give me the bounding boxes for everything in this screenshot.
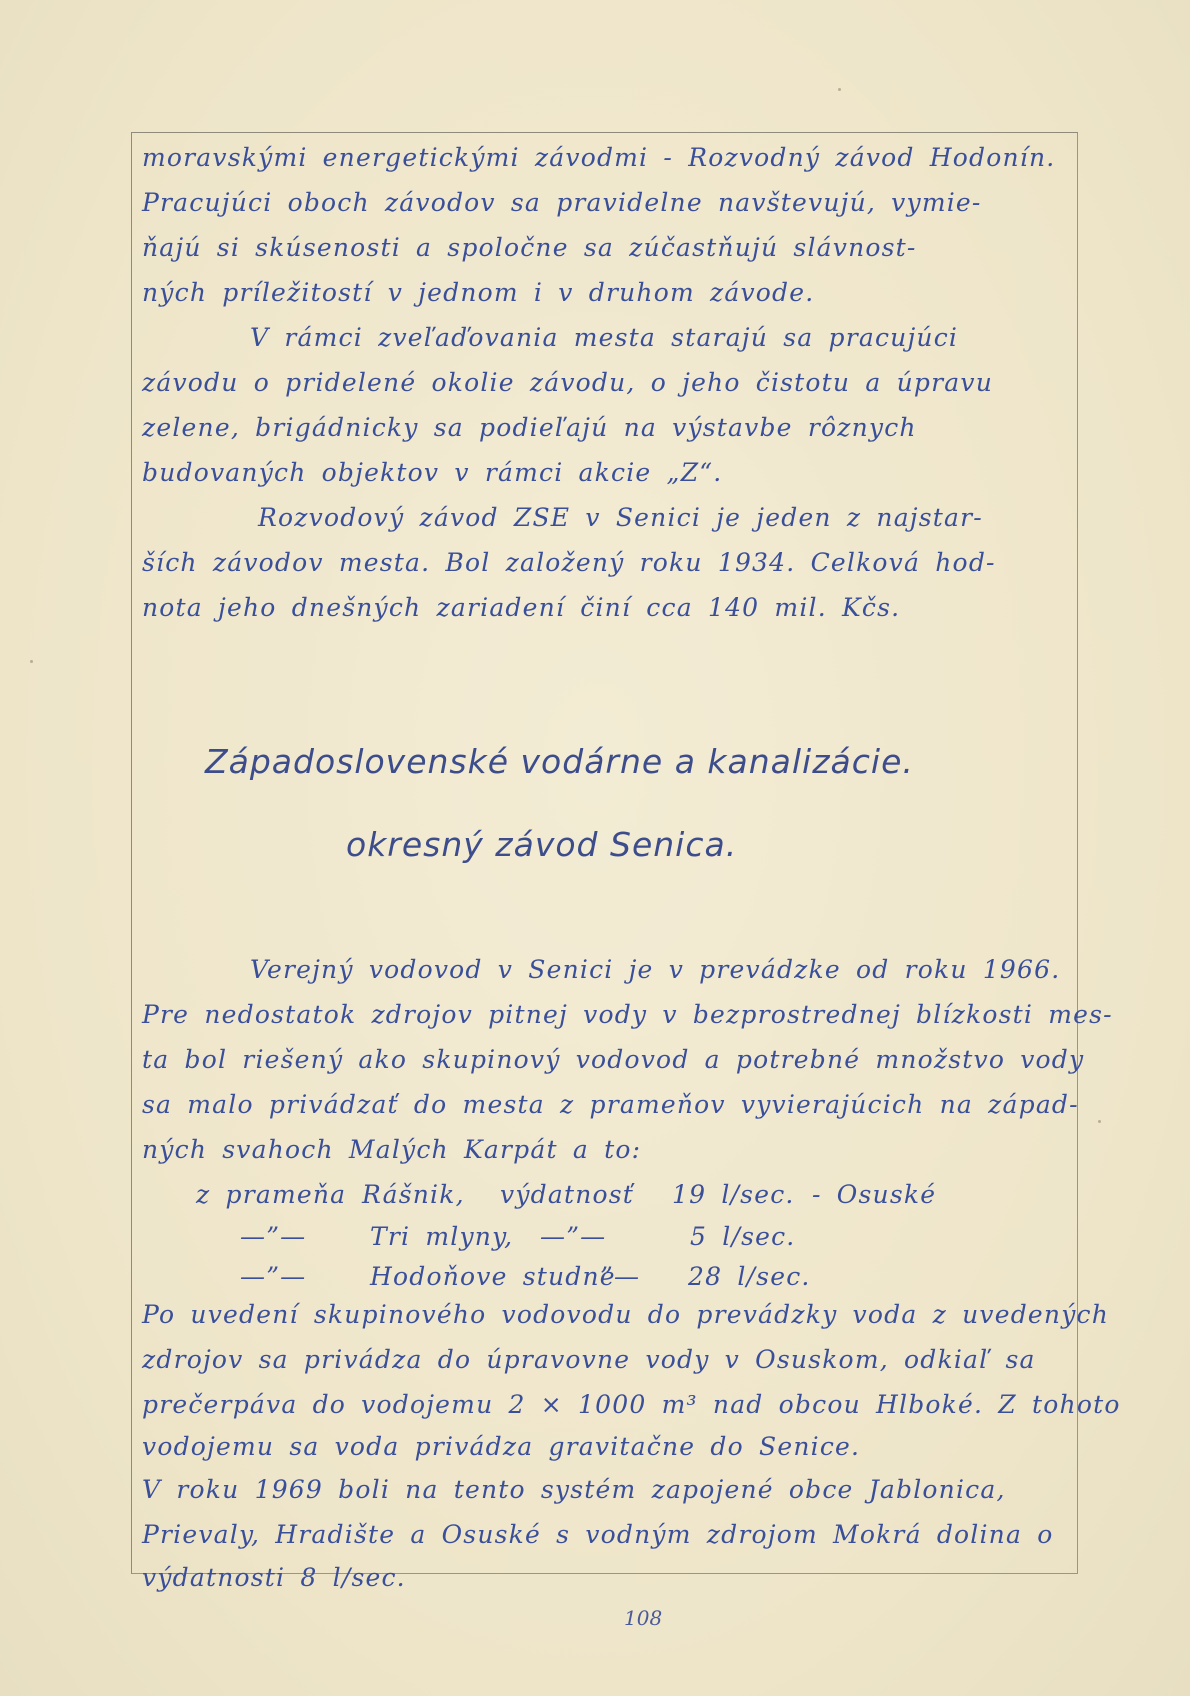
- text-line: ších závodov mesta. Bol založený roku 19…: [142, 548, 996, 577]
- text-line: V roku 1969 boli na tento systém zapojen…: [142, 1475, 1006, 1504]
- text-line: zdrojov sa privádza do úpravovne vody v …: [142, 1345, 1036, 1374]
- text-line: nota jeho dnešných zariadení činí cca 14…: [142, 593, 900, 622]
- text-line: Verejný vodovod v Senici je v prevádzke …: [250, 955, 1060, 984]
- source-name: Tri mlyny,: [370, 1222, 513, 1251]
- source-name: Hodoňove studne: [370, 1262, 616, 1291]
- text-line: výdatnosti 8 l/sec.: [142, 1563, 406, 1592]
- source-yield: 28 l/sec.: [688, 1262, 811, 1291]
- paper-speck: [30, 660, 33, 663]
- text-line: moravskými energetickými závodmi - Rozvo…: [142, 143, 1055, 172]
- text-line: sa malo privádzať do mesta z prameňov vy…: [142, 1090, 1079, 1119]
- source-yield: 19 l/sec.: [672, 1180, 795, 1209]
- text-line: ných príležitostí v jednom i v druhom zá…: [142, 278, 814, 307]
- page-number: 108: [624, 1606, 662, 1630]
- text-line: závodu o pridelené okolie závodu, o jeho…: [142, 368, 993, 397]
- source-prefix: —”—: [240, 1262, 306, 1291]
- source-label: ”—: [600, 1262, 640, 1291]
- paper-speck: [838, 88, 841, 91]
- source-label: výdatnosť: [500, 1180, 634, 1209]
- section-heading: Západoslovenské vodárne a kanalizácie.: [205, 742, 914, 781]
- source-prefix: z prameňa: [196, 1180, 346, 1209]
- text-line: prečerpáva do vodojemu 2 × 1000 m³ nad o…: [142, 1390, 1121, 1419]
- paper-speck: [1098, 1120, 1101, 1123]
- text-line: Pre nedostatok zdrojov pitnej vody v bez…: [142, 1000, 1113, 1029]
- text-line: Rozvodový závod ZSE v Senici je jeden z …: [258, 503, 983, 532]
- text-line: zelene, brigádnicky sa podieľajú na výst…: [142, 413, 917, 442]
- source-note: - Osuské: [812, 1180, 936, 1209]
- source-prefix: —”—: [240, 1222, 306, 1251]
- section-subheading: okresný závod Senica.: [346, 825, 737, 864]
- text-line: ných svahoch Malých Karpát a to:: [142, 1135, 641, 1164]
- text-line: budovaných objektov v rámci akcie „Z“.: [142, 458, 722, 487]
- document-page: moravskými energetickými závodmi - Rozvo…: [0, 0, 1190, 1696]
- text-line: ňajú si skúsenosti a spoločne sa zúčastň…: [142, 233, 917, 262]
- text-line: ta bol riešený ako skupinový vodovod a p…: [142, 1045, 1084, 1074]
- text-line: Po uvedení skupinového vodovodu do prevá…: [142, 1300, 1109, 1329]
- source-yield: 5 l/sec.: [690, 1222, 795, 1251]
- source-label: —”—: [540, 1222, 606, 1251]
- source-name: Rášnik,: [362, 1180, 465, 1209]
- text-line: V rámci zveľaďovania mesta starajú sa pr…: [250, 323, 958, 352]
- text-line: vodojemu sa voda privádza gravitačne do …: [142, 1432, 860, 1461]
- text-line: Prievaly, Hradište a Osuské s vodným zdr…: [142, 1520, 1053, 1549]
- text-line: Pracujúci oboch závodov sa pravidelne na…: [142, 188, 982, 217]
